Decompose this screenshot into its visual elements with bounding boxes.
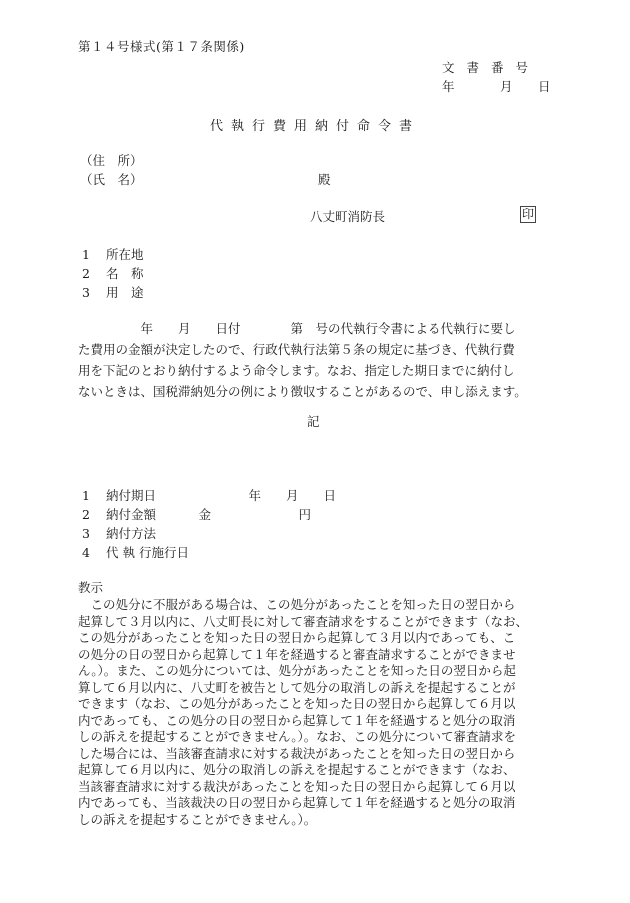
order-body: 年 月 日付 第 号の代執行令書による代執行に要し た費用の金額が決定したので、… [78, 318, 550, 402]
seal-icon: 印 [520, 206, 536, 223]
list-item: 3納付方法 [82, 524, 336, 543]
honorific: 殿 [318, 170, 331, 188]
property-list: 1所在地 2名 称 3用 途 [82, 245, 144, 302]
list-item: 3用 途 [82, 283, 144, 302]
date-day: 日 [538, 77, 551, 95]
document-date: 年月日 [442, 77, 551, 95]
issuer-name: 八丈町消防長 [310, 207, 385, 225]
document-number-label: 文書番号 [442, 58, 540, 76]
date-year: 年 [442, 77, 500, 95]
document-title: 代執行費用納付命令書 [0, 115, 630, 134]
recipient-address-label: （住 所） [80, 151, 143, 169]
date-month: 月 [500, 77, 538, 95]
ki-label: 記 [307, 412, 320, 430]
list-item: 1納付期日 年 月 日 [82, 486, 336, 505]
instruction-heading: 教示 [78, 578, 103, 596]
form-number: 第１４号様式(第１７条関係) [78, 37, 245, 55]
payment-list: 1納付期日 年 月 日 2納付金額 金 円 3納付方法 4代 執 行施行日 [82, 486, 336, 562]
instruction-body: この処分に不服がある場合は、この処分があったことを知った日の翌日から 起算して３… [78, 597, 528, 828]
list-item: 1所在地 [82, 245, 144, 264]
recipient-name-label: （氏 名） [80, 170, 143, 188]
list-item: 2名 称 [82, 264, 144, 283]
list-item: 2納付金額 金 円 [82, 505, 336, 524]
list-item: 4代 執 行施行日 [82, 543, 336, 562]
